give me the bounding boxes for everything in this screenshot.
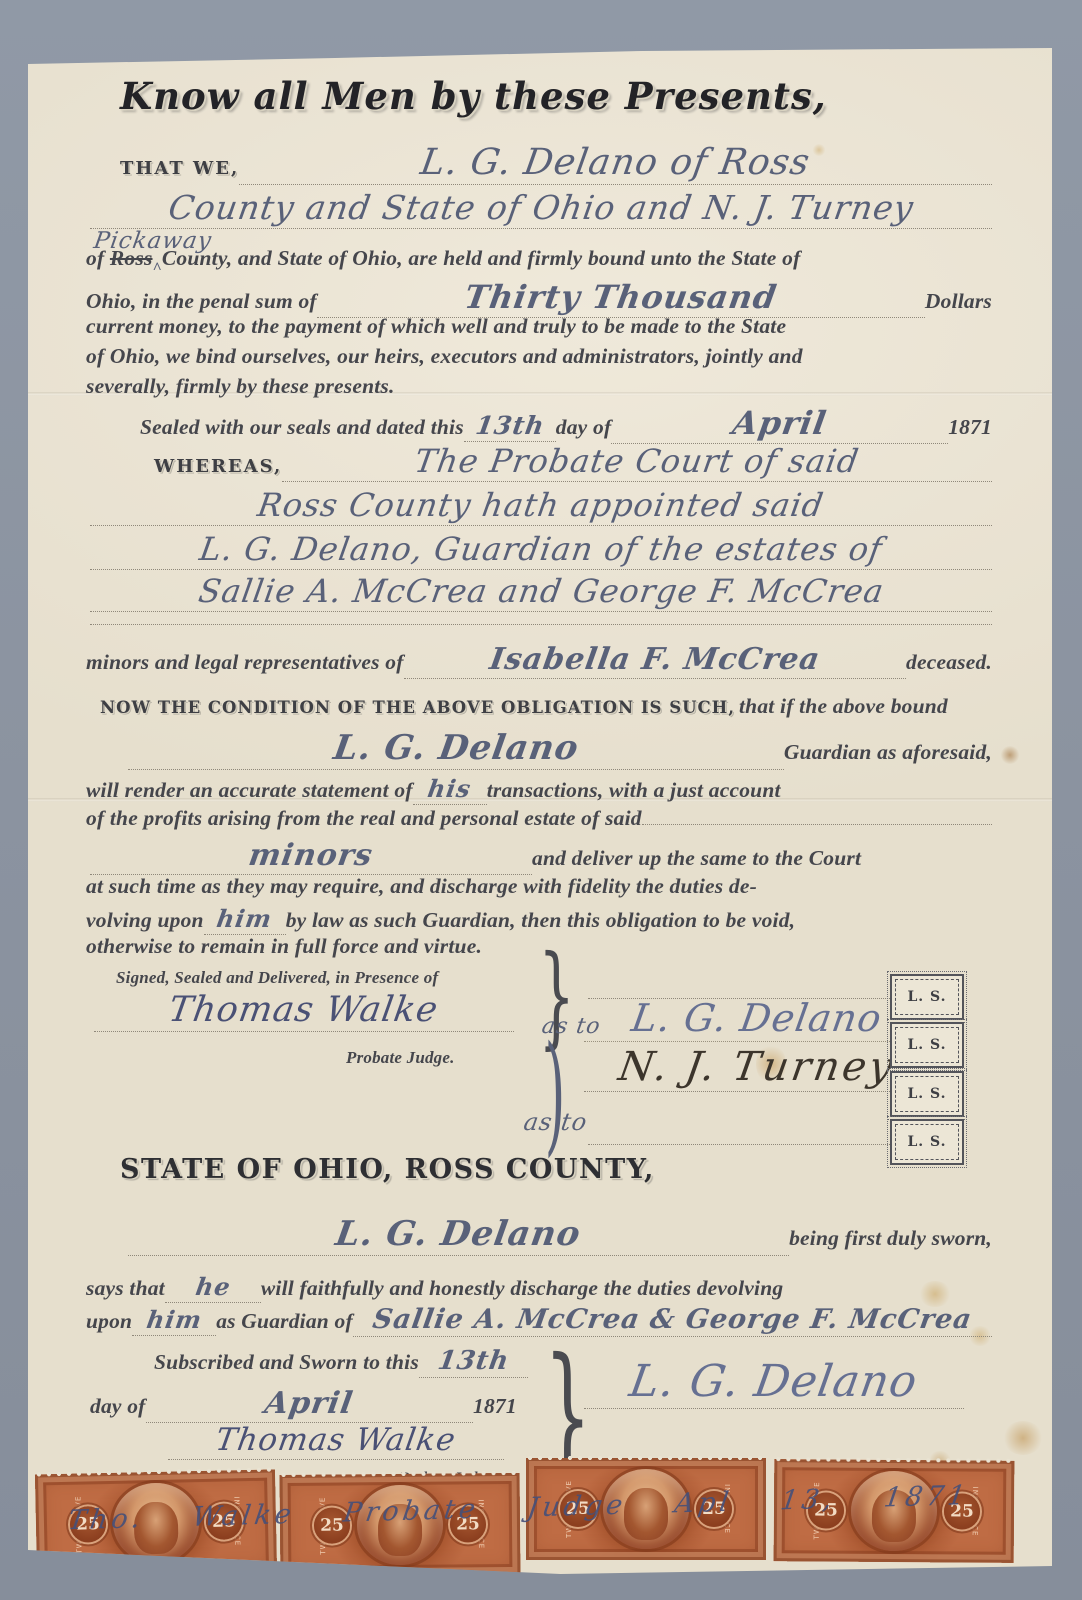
whereas-label: WHEREAS, bbox=[154, 456, 282, 477]
printed-severally-line: severally, firmly by these presents. bbox=[86, 374, 395, 399]
hw-judge-signature: Thomas Walke bbox=[213, 1422, 458, 1458]
fill-line: April bbox=[611, 404, 948, 444]
printed-penal-post: Dollars bbox=[925, 289, 992, 314]
fill-line: minors bbox=[90, 838, 532, 875]
hw-parties-line1: L. G. Delano of Ross bbox=[418, 142, 813, 183]
fill-line: Thirty Thousand bbox=[317, 278, 925, 318]
hw-affiant-name: L. G. Delano bbox=[333, 1214, 584, 1254]
printed-upon-pre: upon bbox=[86, 1309, 132, 1334]
printed-subscribed-pre: Subscribed and Sworn to this bbox=[154, 1350, 419, 1375]
hw-him: him bbox=[215, 904, 275, 933]
printed-time-line: at such time as they may require, and di… bbox=[86, 874, 757, 899]
hw-minors: minors bbox=[246, 838, 375, 873]
hw-affidavit-signature: L. G. Delano bbox=[626, 1356, 921, 1407]
printed-profits-line: of the profits arising from the real and… bbox=[86, 806, 642, 831]
printed-subscribed-year: 1871 bbox=[473, 1394, 517, 1419]
hw-witness-signature: Thomas Walke bbox=[166, 990, 441, 1030]
printed-volving-post: by law as such Guardian, then this oblig… bbox=[286, 908, 796, 933]
printed-deceased: deceased. bbox=[906, 650, 992, 675]
seal-ls-4: L. S. bbox=[890, 1119, 964, 1165]
fill-line: L. G. Delano, Guardian of the estates of bbox=[90, 530, 992, 570]
printed-render-pre: will render an accurate statement of bbox=[86, 778, 413, 803]
printed-sealed-year: 1871 bbox=[948, 415, 992, 440]
printed-sealed-pre: Sealed with our seals and dated this bbox=[140, 415, 464, 440]
fill-line: Isabella F. McCrea bbox=[404, 642, 906, 679]
seal-ls-2: L. S. bbox=[890, 1022, 964, 1068]
fill-line: 13th bbox=[464, 411, 556, 442]
hw-wards: Sallie A. McCrea & George F. McCrea bbox=[371, 1304, 975, 1335]
document-title: Know all Men by these Presents, bbox=[120, 74, 827, 118]
fill-line: 13th bbox=[419, 1346, 528, 1378]
stain bbox=[1003, 1421, 1043, 1455]
printed-volving-pre: volving upon bbox=[86, 908, 204, 933]
printed-says-pre: says that bbox=[86, 1276, 165, 1301]
hw-signature-delano: L. G. Delano bbox=[629, 996, 886, 1040]
printed-penal-pre: Ohio, in the penal sum of bbox=[86, 289, 317, 314]
hw-him-2: him bbox=[144, 1305, 204, 1334]
printed-minors-pre: minors and legal representatives of bbox=[86, 650, 404, 675]
hw-whereas-line3: L. G. Delano, Guardian of the estates of bbox=[197, 530, 885, 568]
fill-line bbox=[642, 823, 992, 825]
printed-condition-rest: that if the above bound bbox=[739, 694, 948, 719]
hw-parties-line2: County and State of Ohio and N. J. Turne… bbox=[166, 188, 917, 227]
printed-condition-caps: NOW THE CONDITION OF THE ABOVE OBLIGATIO… bbox=[100, 698, 735, 717]
fill-line: Ross County hath appointed said bbox=[90, 486, 992, 526]
fill-line: him bbox=[132, 1305, 216, 1336]
fill-line: The Probate Court of said bbox=[282, 442, 992, 482]
hw-penal-sum: Thirty Thousand bbox=[462, 278, 780, 316]
scan-background: Know all Men by these Presents, THAT WE,… bbox=[0, 0, 1082, 1600]
fill-line: Thomas Walke bbox=[94, 990, 514, 1032]
hw-subscribed-day: 13th bbox=[436, 1346, 512, 1376]
printed-deliver-line: and deliver up the same to the Court bbox=[532, 846, 861, 871]
hw-his: his bbox=[426, 774, 474, 803]
printed-otherwise-line: otherwise to remain in full force and vi… bbox=[86, 934, 482, 959]
blank-fill-line bbox=[90, 624, 992, 625]
fill-line: N. J. Turney bbox=[584, 1044, 930, 1092]
signature-line-blank-2 bbox=[588, 1144, 928, 1145]
printed-witness-title: Probate Judge. bbox=[346, 1048, 455, 1068]
printed-guardian-aforesaid: Guardian as aforesaid, bbox=[784, 740, 992, 765]
printed-presence-label: Signed, Sealed and Delivered, in Presenc… bbox=[116, 968, 438, 988]
printed-day-of: day of bbox=[90, 1394, 146, 1419]
fill-line: April bbox=[146, 1386, 474, 1423]
affidavit-heading: STATE OF OHIO, ROSS COUNTY, bbox=[120, 1154, 655, 1185]
hw-signature-turney: N. J. Turney bbox=[615, 1044, 898, 1090]
fill-line: L. G. Delano bbox=[128, 728, 784, 770]
hw-whereas-line1: The Probate Court of said bbox=[412, 442, 862, 480]
printed-bound-line: County, and State of Ohio, are held and … bbox=[162, 246, 801, 271]
printed-of: of bbox=[86, 246, 104, 271]
hw-whereas-line4: Sallie A. McCrea and George F. McCrea bbox=[196, 572, 887, 610]
hw-as-to-2: as to bbox=[522, 1108, 590, 1136]
fill-line: him bbox=[204, 904, 286, 935]
hw-whereas-line2: Ross County hath appointed said bbox=[255, 486, 827, 524]
stain bbox=[1000, 746, 1020, 764]
fill-line: Thomas Walke bbox=[168, 1422, 504, 1460]
fill-line: Sallie A. McCrea & George F. McCrea bbox=[353, 1304, 992, 1337]
fill-line: he bbox=[165, 1272, 261, 1303]
fill-line: L. G. Delano bbox=[584, 996, 930, 1042]
printed-bind-line: of Ohio, we bind ourselves, our heirs, e… bbox=[86, 344, 803, 369]
hw-deceased-name: Isabella F. McCrea bbox=[487, 642, 822, 677]
printed-upon-mid: as Guardian of bbox=[216, 1309, 353, 1334]
printed-struck-county: Ross bbox=[110, 246, 153, 271]
fill-line: his bbox=[413, 774, 487, 805]
hw-sealed-month: April bbox=[730, 404, 829, 442]
hw-sealed-day: 13th bbox=[473, 411, 546, 440]
printed-sealed-mid: day of bbox=[556, 415, 612, 440]
hw-he: he bbox=[193, 1272, 232, 1301]
printed-sworn-line: being first duly sworn, bbox=[789, 1226, 992, 1251]
fill-line: L. G. Delano bbox=[584, 1356, 964, 1409]
fill-line: County and State of Ohio and N. J. Turne… bbox=[90, 188, 992, 229]
seal-ls-3: L. S. bbox=[890, 1071, 964, 1117]
printed-current-line: current money, to the payment of which w… bbox=[86, 314, 786, 339]
document-paper: Know all Men by these Presents, THAT WE,… bbox=[28, 46, 1052, 1576]
brace-signatures: ) bbox=[545, 1028, 566, 1158]
printed-render-post: transactions, with a just account bbox=[487, 778, 781, 803]
hw-principal-name: L. G. Delano bbox=[331, 728, 582, 768]
fill-line: L. G. Delano of Ross bbox=[239, 142, 992, 185]
fill-line: Sallie A. McCrea and George F. McCrea bbox=[90, 572, 992, 612]
fill-line: L. G. Delano bbox=[128, 1214, 789, 1256]
that-we-label: THAT WE, bbox=[120, 158, 239, 179]
insertion-caret: ^ bbox=[153, 260, 162, 278]
seal-ls-1: L. S. bbox=[890, 974, 964, 1020]
printed-says-post: will faithfully and honestly discharge t… bbox=[261, 1276, 783, 1301]
hw-subscribed-month: April bbox=[263, 1386, 356, 1421]
